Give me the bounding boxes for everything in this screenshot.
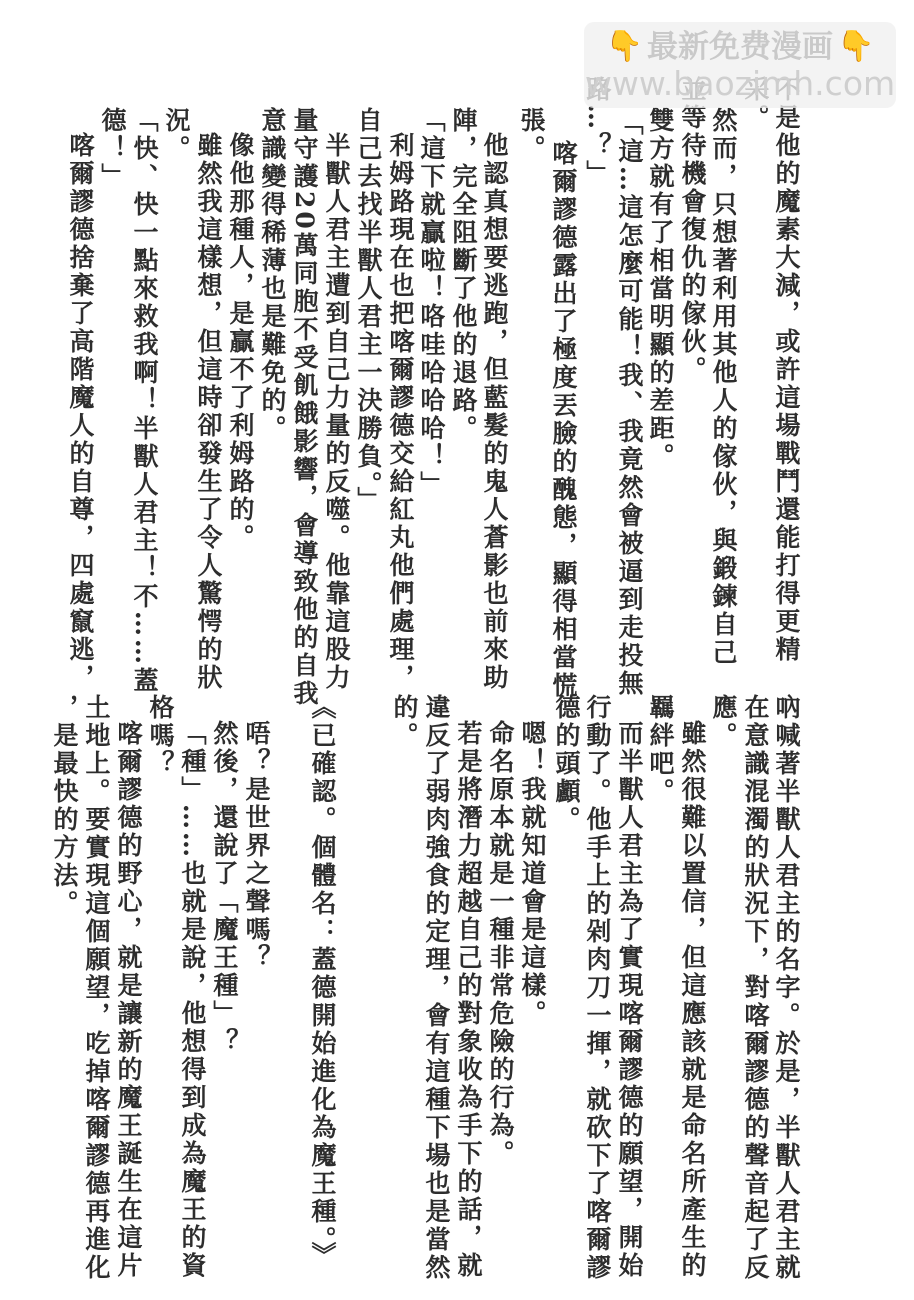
text-column: 若是將潛力超越自己的對象收為手下的話，就 [453, 720, 483, 1280]
text-column: 喀爾謬德露出了極度丟臉的醜態，顯得相當慌 [548, 140, 578, 700]
text-column: 半獸人君主遭到自己力量的反噬。他靠這股力 [321, 132, 351, 692]
text-column: 雖然很難以置信，但這應該就是命名所產生的 [677, 720, 707, 1280]
text-column: 在意識混濁的狀況下，對喀爾謬德的聲音起了反 [740, 694, 770, 1282]
text-column: 不是他的魔素大減，或許這場戰鬥還能打得更精 [771, 76, 801, 664]
text-column: 像他那種人，是贏不了利姆路的。 [225, 132, 255, 552]
text-column: 德！」 [97, 107, 127, 191]
watermark-title: 最新免费漫画 [647, 28, 833, 66]
text-column: 唔？是世界之聲嗎？ [241, 720, 271, 972]
text-column: 然而，只想著利用其他人的傢伙，與鍛鍊自己 [708, 107, 738, 667]
text-column: 嗯！我就知道會是這樣。 [517, 720, 547, 1028]
text-column: 吶喊著半獸人君主的名字。於是，半獸人君主就 [771, 694, 801, 1282]
text-column: 並等待機會復仇的傢伙。 [677, 76, 707, 384]
text-column: 德的頭顱。 [551, 694, 581, 834]
text-column: 土地上。要實現這個願望，吃掉喀爾謬德再進化 [81, 694, 111, 1282]
text-column: 「這下就贏啦！咯哇哈哈哈！」 [416, 107, 446, 499]
text-column: 行動了。他手上的剁肉刀一揮，就砍下了喀爾謬 [582, 694, 612, 1282]
watermark-line1: 👇 最新免费漫画 👇 [606, 28, 875, 66]
text-column: 自己去找半獸人君主一決勝負。」 [353, 107, 383, 515]
watermark-banner[interactable]: 👇 最新免费漫画 👇 www.baozimh.com [584, 22, 896, 108]
text-column: 他認真想要逃跑，但藍髮的鬼人蒼影也前來助 [479, 132, 509, 692]
text-column: 羈絆吧。 [645, 694, 675, 806]
novel-page: 👇 最新免费漫画 👇 www.baozimh.com 不是他的魔素大減，或許這場… [0, 0, 914, 1300]
text-column: 而半獸人君主為了實現喀爾謬德的願望，開始 [614, 720, 644, 1280]
text-column: 違反了弱肉強食的定理，會有這種下場也是當然 [421, 694, 451, 1282]
text-column: 陣，完全阻斷了他的退路。 [448, 107, 478, 443]
text-column: 雙方就有了相當明顯的差距。 [645, 107, 675, 471]
text-column: 雖然我這樣想，但這時卻發生了令人驚愕的狀 [193, 132, 223, 692]
text-column: 應。 [708, 694, 738, 750]
pointing-down-hand-icon: 👇 [606, 28, 643, 66]
text-column: 「種」……也就是說，他想得到成為魔王的資 [177, 720, 207, 1280]
text-column: 然後，還說了「魔王種」？ [209, 720, 239, 1056]
text-column: 命名原本就是一種非常危險的行為。 [485, 720, 515, 1168]
text-column: 「這…這怎麼可能！我、我竟然會被逼到走投無 [614, 110, 644, 698]
text-column: 的。 [389, 694, 419, 750]
text-column: 喀爾謬德捨棄了高階魔人的自尊，四處竄逃， [65, 132, 95, 692]
text-column: 格嗎？ [145, 694, 175, 778]
watermark-url: www.baozimh.com [585, 66, 895, 102]
text-column: 況。 [161, 107, 191, 163]
pointing-down-hand-icon: 👇 [837, 28, 874, 66]
text-column: 量守護20萬同胞不受飢餓影響，會導致他的自我 [289, 107, 319, 708]
text-column: ，是最快的方法。 [49, 694, 79, 918]
text-column: 喀爾謬德的野心，就是讓新的魔王誕生在這片 [113, 720, 143, 1280]
text-column: 張。 [516, 107, 546, 163]
text-column: 利姆路現在也把喀爾謬德交給紅丸他們處理， [385, 132, 415, 692]
text-column: 《已確認。個體名：蓋德開始進化為魔王種。》 [307, 694, 337, 1270]
text-column: 意識變得稀薄也是難免的。 [257, 107, 287, 443]
text-column: 「快、快一點來救我啊！半獸人君主！不……蓋 [129, 107, 159, 695]
